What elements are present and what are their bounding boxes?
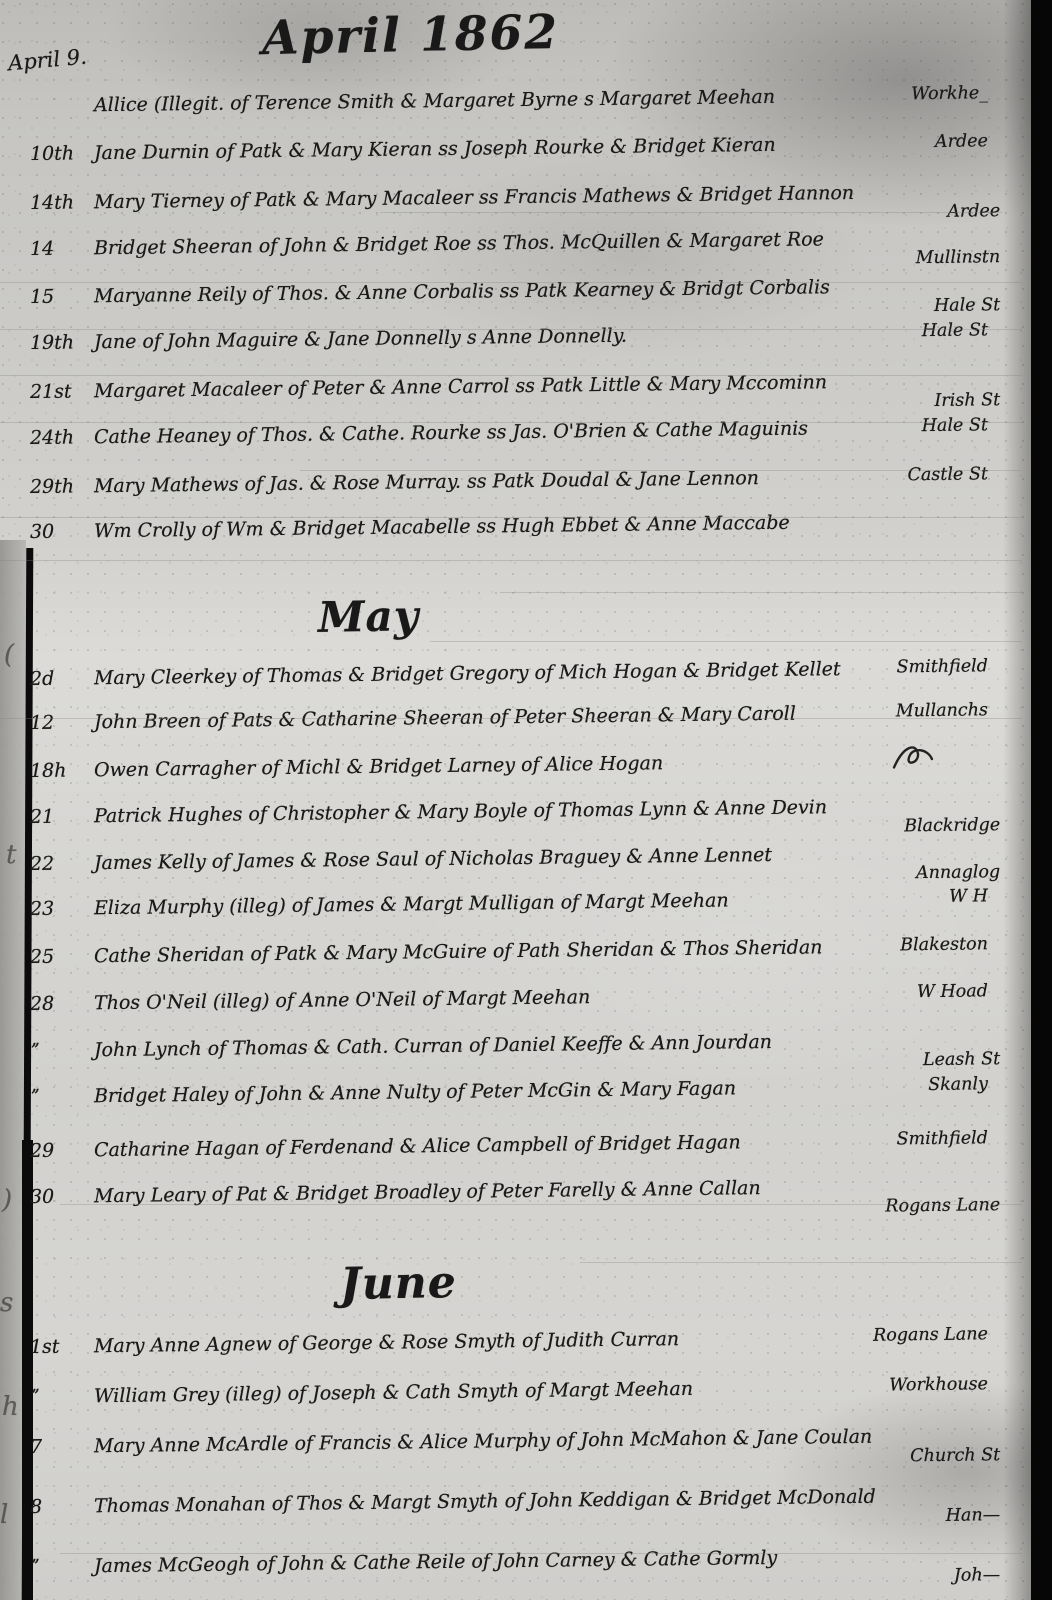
entry-date: 22 <box>30 852 94 875</box>
register-entry: 2dMary Cleerkey of Thomas & Bridget Greg… <box>30 656 1032 690</box>
entry-date: 25 <box>30 945 94 968</box>
entry-text: John Lynch of Thomas & Cath. Curran of D… <box>94 1031 772 1061</box>
entry-text: Patrick Hughes of Christopher & Mary Boy… <box>94 796 827 827</box>
register-entry: 29Catharine Hagan of Ferdenand & Alice C… <box>30 1128 1032 1162</box>
entry-date: 29th <box>30 475 94 498</box>
register-entry: Allice (Illegit. of Terence Smith & Marg… <box>30 83 1032 117</box>
margin-date-note: April 9. <box>7 45 88 76</box>
register-entry: 21Patrick Hughes of Christopher & Mary B… <box>30 794 1032 828</box>
register-entry: 24thCathe Heaney of Thos. & Cathe. Rourk… <box>30 415 1032 449</box>
ruled-line <box>0 422 1022 423</box>
entry-text: Mary Leary of Pat & Bridget Broadley of … <box>94 1177 761 1207</box>
entry-residence: Han— <box>946 1505 1001 1526</box>
entry-residence: Hale St <box>922 415 988 436</box>
entry-text: Jane Durnin of Patk & Mary Kieran ss Jos… <box>94 134 776 164</box>
entry-text: Cathe Sheridan of Patk & Mary McGuire of… <box>94 936 823 967</box>
ink-smudge: ) <box>2 1185 12 1215</box>
register-entry: 30Wm Crolly of Wm & Bridget Macabelle ss… <box>30 509 1032 543</box>
entry-residence: Irish St <box>934 390 1000 411</box>
entry-date: ˮ <box>30 1039 94 1062</box>
ruled-line <box>0 375 1022 376</box>
section-header-june: June <box>340 1257 458 1310</box>
entry-residence: Rogans Lane <box>873 1324 988 1345</box>
register-entry: 22James Kelly of James & Rose Saul of Ni… <box>30 841 1032 875</box>
entry-residence: Workhouse <box>889 1374 988 1395</box>
entry-text: James Kelly of James & Rose Saul of Nich… <box>94 844 772 874</box>
entry-residence: Hale St <box>922 320 988 341</box>
entry-residence: Ardee <box>935 131 988 152</box>
entry-date: ˮ <box>30 1385 94 1408</box>
entry-residence: Castle St <box>907 464 988 485</box>
entry-residence: W H <box>949 886 988 906</box>
entry-residence: Workhe_ <box>911 83 988 104</box>
entry-date: 30 <box>30 520 94 543</box>
ruled-line <box>380 212 1002 213</box>
entry-residence: Blakeston <box>900 934 988 955</box>
entry-text: Mary Anne McArdle of Francis & Alice Mur… <box>94 1426 872 1458</box>
entry-date: ˮ <box>30 1555 94 1578</box>
entry-date: 18h <box>30 759 94 782</box>
entry-residence: Joh— <box>954 1565 1001 1586</box>
entry-date: 2d <box>30 667 94 690</box>
entry-date: 14 <box>30 237 94 260</box>
entry-residence: Leash St <box>923 1049 1000 1070</box>
entry-text: Catharine Hagan of Ferdenand & Alice Cam… <box>94 1131 741 1161</box>
entry-text: Thomas Monahan of Thos & Margt Smyth of … <box>94 1486 876 1518</box>
register-entry: 14Bridget Sheeran of John & Bridget Roe … <box>30 226 1032 260</box>
entry-date: 15 <box>30 285 94 308</box>
entry-residence: Rogans Lane <box>885 1195 1000 1216</box>
register-entry: 7Mary Anne McArdle of Francis & Alice Mu… <box>30 1424 1032 1458</box>
entry-date: 1st <box>30 1335 94 1358</box>
page-right-border <box>1031 0 1052 1600</box>
register-page: April 1862 April 9. Allice (Illegit. of … <box>0 0 1052 1600</box>
ruled-line <box>60 1553 1022 1554</box>
entry-date: 10th <box>30 142 94 165</box>
binding-gutter-line-lower <box>22 1140 33 1600</box>
entry-date: 19th <box>30 331 94 354</box>
section-header-may: May <box>318 591 420 642</box>
ruled-line <box>580 1262 1022 1263</box>
register-entry: 10thJane Durnin of Patk & Mary Kieran ss… <box>30 131 1032 165</box>
ink-smudge: l <box>0 1500 8 1530</box>
entry-text: Mary Cleerkey of Thomas & Bridget Gregor… <box>94 658 841 689</box>
register-entry: 12John Breen of Pats & Catharine Sheeran… <box>30 700 1032 734</box>
register-entry: 21stMargaret Macaleer of Peter & Anne Ca… <box>30 369 1032 403</box>
entry-text: Bridget Sheeran of John & Bridget Roe ss… <box>94 228 824 259</box>
entry-date: ˮ <box>30 1085 94 1108</box>
entry-residence: Annaglog <box>916 862 1000 883</box>
entry-date: 23 <box>30 897 94 920</box>
entry-text: James McGeogh of John & Cathe Reile of J… <box>94 1547 777 1577</box>
ruled-line <box>500 592 1022 593</box>
ruled-line <box>0 560 1022 561</box>
flourish-mark-icon <box>890 741 936 776</box>
entry-date: 21st <box>30 380 94 403</box>
entry-date: 28 <box>30 992 94 1015</box>
register-entry: 14thMary Tierney of Patk & Mary Macaleer… <box>30 180 1032 214</box>
entry-text: William Grey (illeg) of Joseph & Cath Sm… <box>94 1378 693 1407</box>
entry-residence: W Hoad <box>917 981 988 1002</box>
entry-residence: Skanly <box>928 1074 988 1095</box>
ruled-line <box>300 470 1022 471</box>
ruled-line <box>0 517 1022 518</box>
entry-text: Owen Carragher of Michl & Bridget Larney… <box>94 752 663 781</box>
register-entry: 19thJane of John Maguire & Jane Donnelly… <box>30 320 1032 354</box>
entry-residence: Church St <box>910 1445 1000 1466</box>
entry-text: Eliza Murphy (illeg) of James & Margt Mu… <box>94 889 729 919</box>
register-entry: ˮWilliam Grey (illeg) of Joseph & Cath S… <box>30 1374 1032 1408</box>
ruled-line <box>0 282 1022 283</box>
entry-residence: Hale St <box>934 295 1000 316</box>
entry-text: Mary Tierney of Patk & Mary Macaleer ss … <box>94 182 854 213</box>
register-entry: ˮBridget Haley of John & Anne Nulty of P… <box>30 1074 1032 1108</box>
entry-date: 29 <box>30 1139 94 1162</box>
entry-text: Mary Mathews of Jas. & Rose Murray. ss P… <box>94 467 759 497</box>
ruled-line <box>0 718 1022 719</box>
entry-date: 7 <box>30 1435 94 1458</box>
entry-text: Maryanne Reily of Thos. & Anne Corbalis … <box>94 276 830 307</box>
register-entry: 1stMary Anne Agnew of George & Rose Smyt… <box>30 1324 1032 1358</box>
register-entry: 29thMary Mathews of Jas. & Rose Murray. … <box>30 464 1032 498</box>
register-entry: ˮJames McGeogh of John & Cathe Reile of … <box>30 1544 1032 1578</box>
ink-smudge: t <box>6 840 16 870</box>
register-entry: 23Eliza Murphy (illeg) of James & Margt … <box>30 886 1032 920</box>
entry-date: 12 <box>30 711 94 734</box>
entry-residence: Mullinstn <box>916 247 1001 268</box>
ink-smudge: s <box>0 1288 13 1318</box>
entry-date: 21 <box>30 805 94 828</box>
register-entry: 18hOwen Carragher of Michl & Bridget Lar… <box>30 748 1032 782</box>
register-entry: 28Thos O'Neil (illeg) of Anne O'Neil of … <box>30 981 1032 1015</box>
register-entry: 30Mary Leary of Pat & Bridget Broadley o… <box>30 1174 1032 1208</box>
entry-text: Allice (Illegit. of Terence Smith & Marg… <box>94 86 775 116</box>
ink-smudge: h <box>2 1392 19 1422</box>
entry-date: 24th <box>30 426 94 449</box>
register-entry: ˮJohn Lynch of Thomas & Cath. Curran of … <box>30 1028 1032 1062</box>
ruled-line <box>60 1204 1022 1205</box>
entry-date: 8 <box>30 1495 94 1518</box>
page-title: April 1862 <box>261 5 559 66</box>
ruled-line <box>0 329 1022 330</box>
register-entry: 8Thomas Monahan of Thos & Margt Smyth of… <box>30 1484 1032 1518</box>
entry-text: Mary Anne Agnew of George & Rose Smyth o… <box>94 1328 679 1357</box>
ruled-line <box>430 641 1022 642</box>
ink-smudge: ( <box>4 640 14 670</box>
entry-date: 14th <box>30 191 94 214</box>
entry-residence: Smithfield <box>896 656 988 677</box>
register-entry: 25Cathe Sheridan of Patk & Mary McGuire … <box>30 934 1032 968</box>
entry-residence: Smithfield <box>896 1128 988 1149</box>
entry-text: Thos O'Neil (illeg) of Anne O'Neil of Ma… <box>94 986 591 1014</box>
entry-text: Bridget Haley of John & Anne Nulty of Pe… <box>94 1077 736 1107</box>
entry-residence: Blackridge <box>904 815 1000 836</box>
register-entry: 15Maryanne Reily of Thos. & Anne Corbali… <box>30 274 1032 308</box>
entry-date <box>30 111 94 112</box>
